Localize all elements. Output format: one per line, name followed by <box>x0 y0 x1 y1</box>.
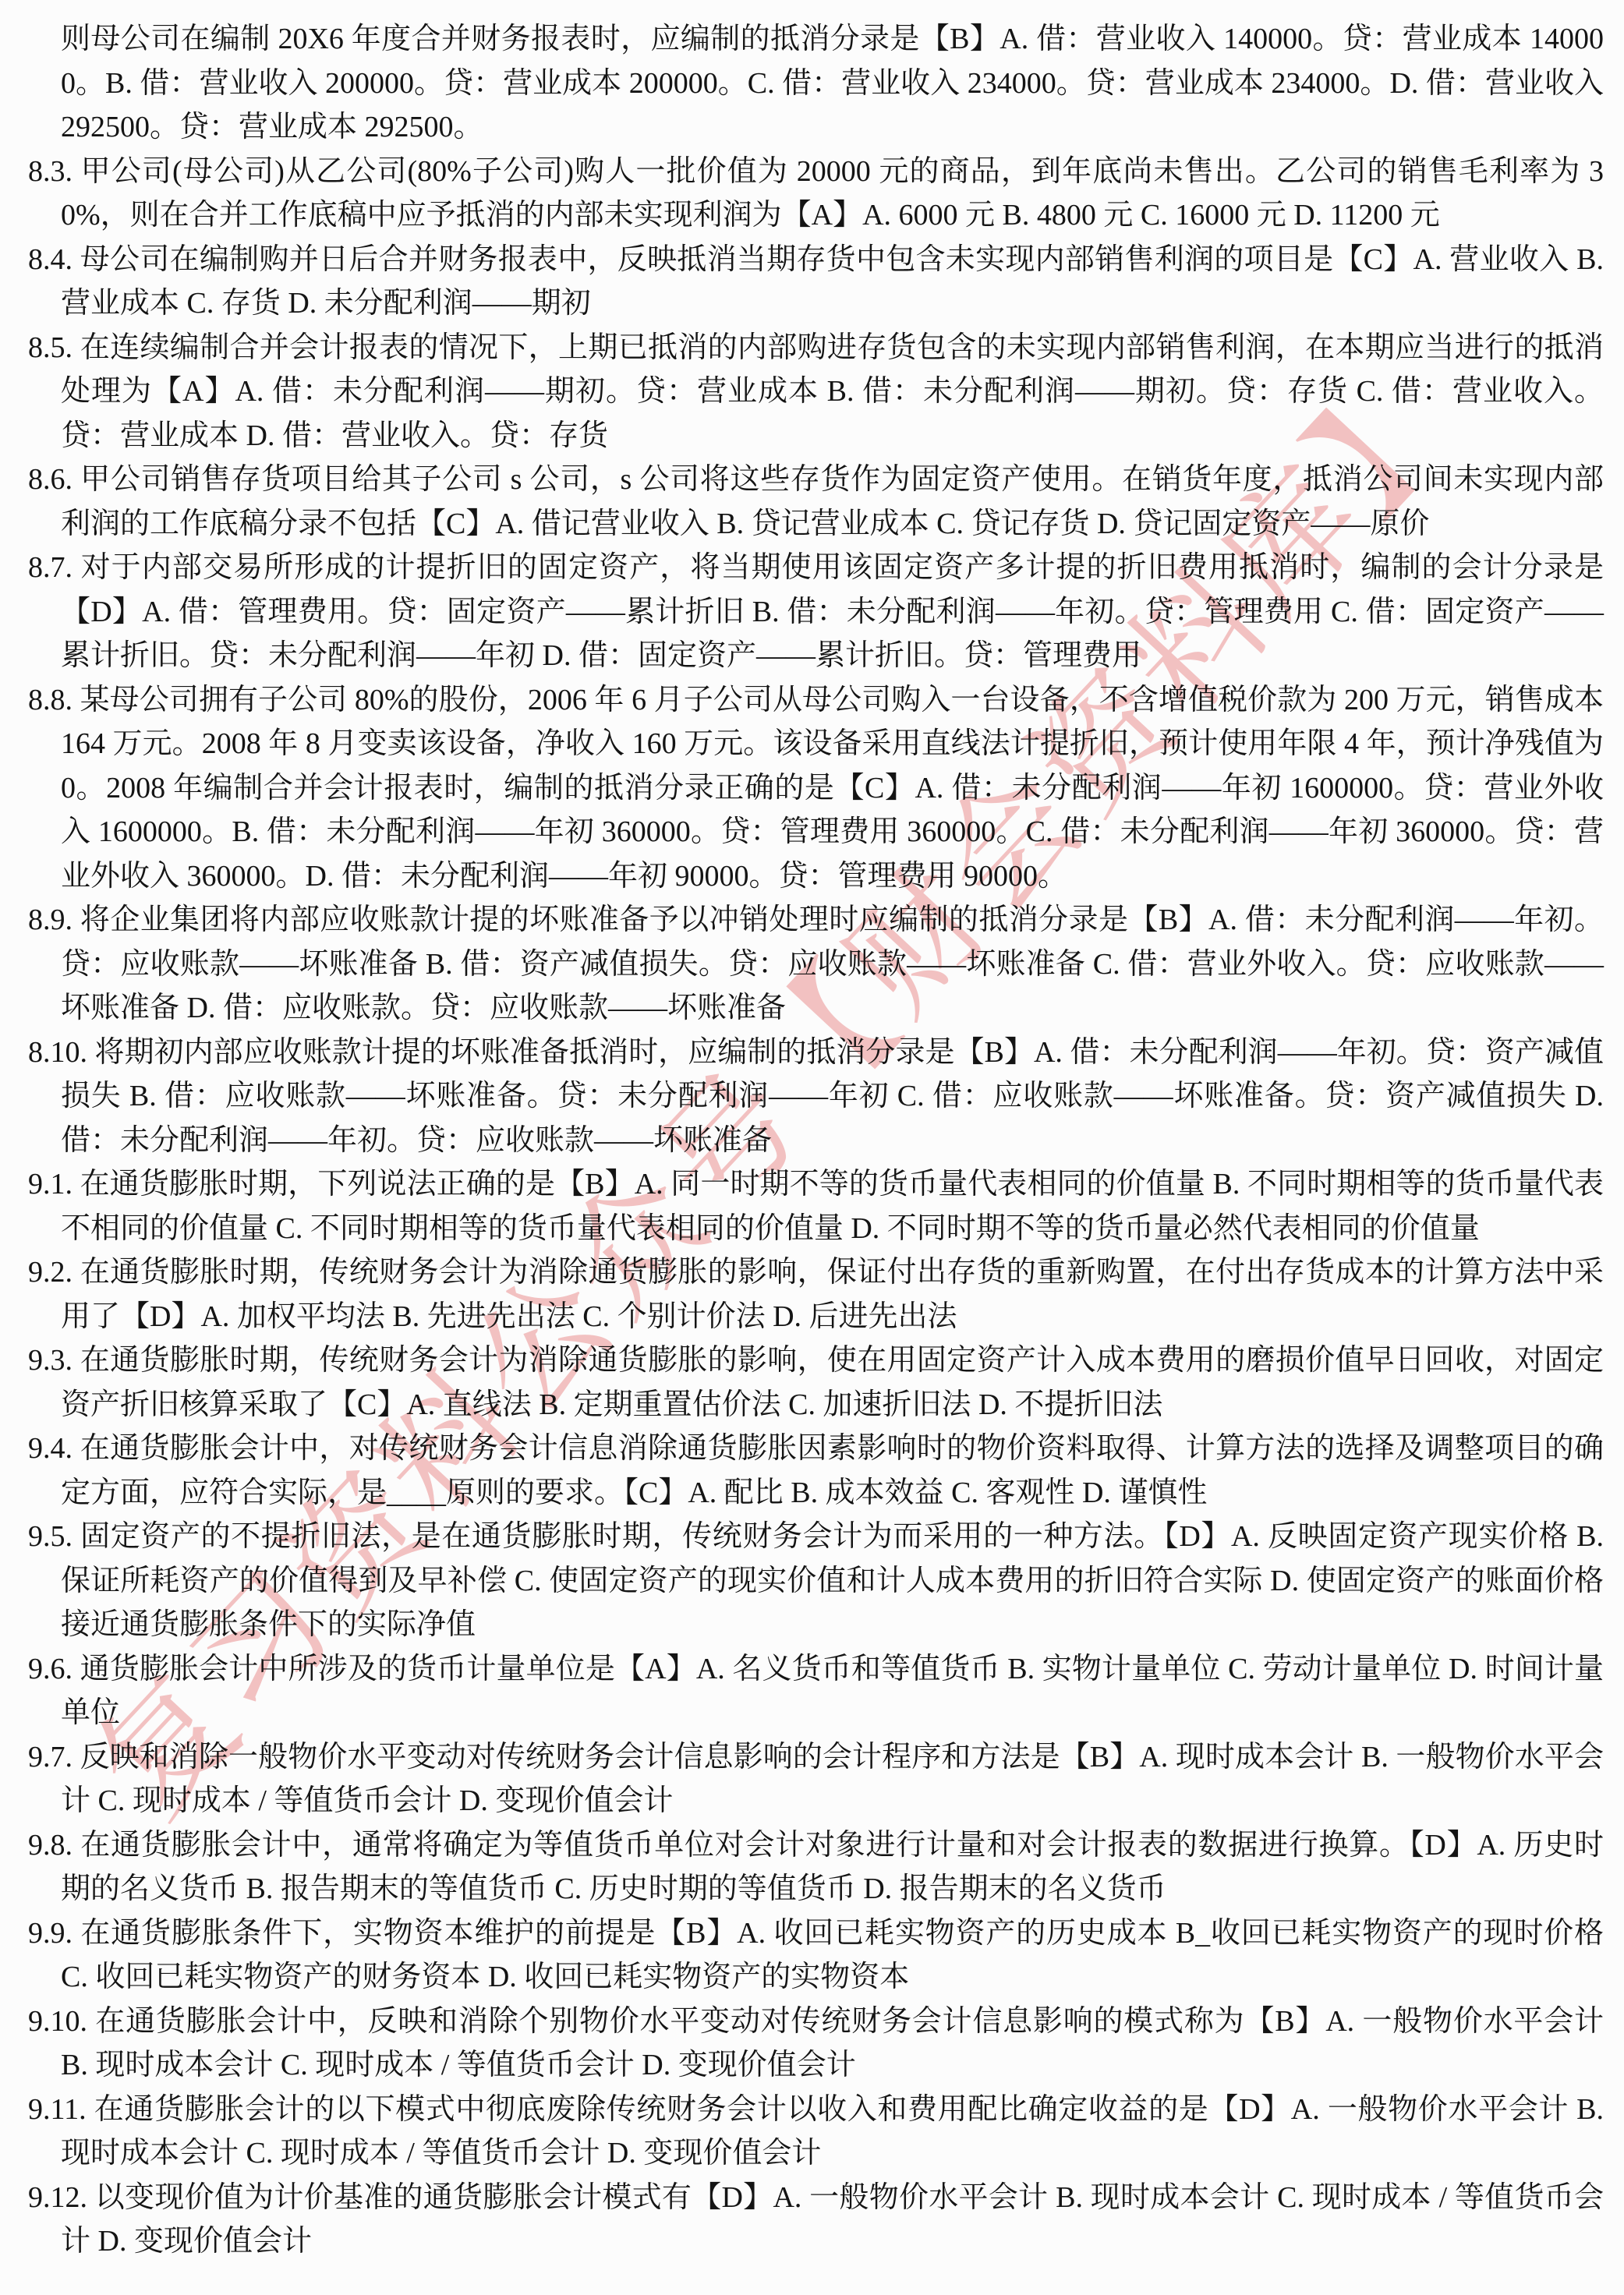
question-9-9: 9.9. 在通货膨胀条件下，实物资本维护的前提是【B】A. 收回已耗实物资产的历… <box>28 1911 1604 2000</box>
question-8-10: 8.10. 将期初内部应收账款计提的坏账准备抵消时，应编制的抵消分录是【B】A.… <box>28 1031 1604 1163</box>
question-9-8: 9.8. 在通货膨胀会计中，通常将确定为等值货币单位对会计对象进行计量和对会计报… <box>28 1823 1604 1911</box>
question-8-8: 8.8. 某母公司拥有子公司 80%的股份，2006 年 6 月子公司从母公司购… <box>28 678 1604 899</box>
question-8-6: 8.6. 甲公司销售存货项目给其子公司 s 公司，s 公司将这些存货作为固定资产… <box>28 458 1604 546</box>
question-9-12: 9.12. 以变现价值为计价基准的通货膨胀会计模式有【D】A. 一般物价水平会计… <box>28 2176 1604 2264</box>
question-9-1: 9.1. 在通货膨胀时期，下列说法正确的是【B】A. 同一时期不等的货币量代表相… <box>28 1162 1604 1250</box>
question-9-4: 9.4. 在通货膨胀会计中，对传统财务会计信息消除通货膨胀因素影响时的物价资料取… <box>28 1427 1604 1515</box>
question-9-2: 9.2. 在通货膨胀时期，传统财务会计为消除通货膨胀的影响，保证付出存货的重新购… <box>28 1250 1604 1338</box>
question-8-3: 8.3. 甲公司(母公司)从乙公司(80%子公司)购人一批价值为 20000 元… <box>28 150 1604 238</box>
question-9-5: 9.5. 固定资产的不提折旧法，是在通货膨胀时期，传统财务会计为而采用的一种方法… <box>28 1515 1604 1647</box>
question-8-9: 8.9. 将企业集团将内部应收账款计提的坏账准备予以冲销处理时应编制的抵消分录是… <box>28 898 1604 1031</box>
document-page: { "page": { "background_color": "#fcfcfc… <box>0 0 1624 2295</box>
question-9-3: 9.3. 在通货膨胀时期，传统财务会计为消除通货膨胀的影响，使在用固定资产计入成… <box>28 1338 1604 1427</box>
question-9-11: 9.11. 在通货膨胀会计的以下模式中彻底废除传统财务会计以收入和费用配比确定收… <box>28 2088 1604 2176</box>
question-9-10: 9.10. 在通货膨胀会计中，反映和消除个别物价水平变动对传统财务会计信息影响的… <box>28 2000 1604 2088</box>
exam-answer-sheet: 则母公司在编制 20X6 年度合并财务报表时，应编制的抵消分录是【B】A. 借：… <box>28 17 1604 2264</box>
question-9-6: 9.6. 通货膨胀会计中所涉及的货币计量单位是【A】A. 名义货币和等值货币 B… <box>28 1647 1604 1735</box>
question-8-4: 8.4. 母公司在编制购并日后合并财务报表中，反映抵消当期存货中包含未实现内部销… <box>28 238 1604 326</box>
question-8-7: 8.7. 对于内部交易所形成的计提折旧的固定资产，将当期使用该固定资产多计提的折… <box>28 546 1604 678</box>
question-continuation: 则母公司在编制 20X6 年度合并财务报表时，应编制的抵消分录是【B】A. 借：… <box>28 17 1604 150</box>
question-9-7: 9.7. 反映和消除一般物价水平变动对传统财务会计信息影响的会计程序和方法是【B… <box>28 1735 1604 1823</box>
question-8-5: 8.5. 在连续编制合并会计报表的情况下，上期已抵消的内部购进存货包含的未实现内… <box>28 326 1604 458</box>
